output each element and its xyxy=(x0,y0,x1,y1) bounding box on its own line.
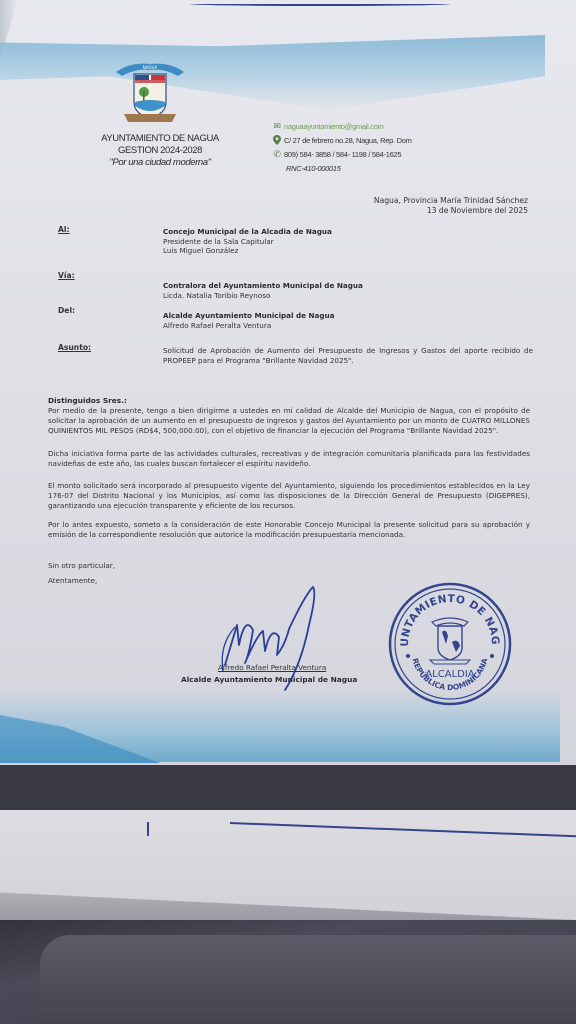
recipient-al-line-2: Presidente de la Sala Capitular xyxy=(163,237,332,247)
letter-page: NAGUA AYUNTAMIENTO DE NAGUA GESTION 2024… xyxy=(0,0,576,765)
svg-text:ALCALDIA: ALCALDIA xyxy=(425,669,474,680)
recipient-label-via: Vía: xyxy=(58,271,75,280)
org-name: AYUNTAMIENTO DE NAGUA xyxy=(60,133,260,145)
phone-icon: ✆ xyxy=(270,149,284,160)
org-term: GESTION 2024-2028 xyxy=(60,145,260,157)
recipient-via: Contralora del Ayuntamiento Municipal de… xyxy=(163,281,363,300)
letterhead-org-block: AYUNTAMIENTO DE NAGUA GESTION 2024-2028 … xyxy=(60,133,260,169)
municipal-crest-icon: NAGUA xyxy=(110,58,190,128)
recipient-al-line-1: Concejo Municipal de la Alcadia de Nagua xyxy=(163,227,332,237)
desk-surface-highlight xyxy=(40,935,576,1024)
official-seal-icon: AYUNTAMIENTO DE NAGUA REPÚBLICA DOMINICA… xyxy=(386,580,514,708)
header-wave-decoration xyxy=(0,35,545,110)
signatory-title: Alcalde Ayuntamiento Municipal de Nagua xyxy=(181,675,357,684)
letterhead-contact: ✉ naguaayuntamiento@gmail.com C/ 27 de f… xyxy=(270,119,530,175)
signatory-name: Alfredo Rafael Peralta Ventura xyxy=(218,663,326,672)
contact-phones: 809) 584- 3858 / 584- 1198 / 584-1625 xyxy=(284,150,401,159)
ink-line xyxy=(230,822,576,838)
body-paragraph-2: Dicha iniciativa forma parte de las acti… xyxy=(48,449,530,469)
body-paragraph-1: Por medio de la presente, tengo a bien d… xyxy=(48,406,530,436)
svg-text:AYUNTAMIENTO DE NAGUA: AYUNTAMIENTO DE NAGUA xyxy=(386,580,501,647)
ink-stroke-top xyxy=(190,2,450,6)
location-pin-icon xyxy=(270,135,284,145)
recipient-via-line-2: Licda. Natalia Toribio Reynoso xyxy=(163,291,363,301)
contact-rnc: RNC-410-000015 xyxy=(270,161,530,175)
subject-text: Solicitud de Aprobación de Aumento del P… xyxy=(163,346,533,366)
recipient-al: Concejo Municipal de la Alcadia de Nagua… xyxy=(163,227,332,256)
recipient-via-line-1: Contralora del Ayuntamiento Municipal de… xyxy=(163,281,363,291)
recipient-del-line-1: Alcalde Ayuntamiento Municipal de Nagua xyxy=(163,311,335,321)
closing-line-1: Sin otro particular, xyxy=(48,561,530,571)
subject-label: Asunto: xyxy=(58,343,91,352)
svg-text:NAGUA: NAGUA xyxy=(143,65,158,70)
greeting: Distinguidos Sres.: xyxy=(48,396,127,405)
recipient-del: Alcalde Ayuntamiento Municipal de Nagua … xyxy=(163,311,335,330)
recipient-label-del: Del: xyxy=(58,306,75,315)
body-paragraph-4: Por lo antes expuesto, someto a la consi… xyxy=(48,520,530,540)
letter-date: 13 de Noviembre del 2025 xyxy=(374,206,528,216)
body-paragraph-3: El monto solicitado será incorporado al … xyxy=(48,481,530,511)
letter-place: Nagua, Provincia María Trinidad Sánchez xyxy=(374,196,528,206)
ink-mark xyxy=(147,822,149,836)
contact-email[interactable]: naguaayuntamiento@gmail.com xyxy=(284,122,384,131)
recipient-al-line-3: Luis Miguel González xyxy=(163,246,332,256)
recipient-label-al: Al: xyxy=(58,225,70,234)
recipient-del-line-2: Alfredo Rafael Peralta Ventura xyxy=(163,321,335,331)
org-motto: "Por una ciudad moderna" xyxy=(60,157,260,169)
place-and-date: Nagua, Provincia María Trinidad Sánchez … xyxy=(374,196,528,216)
envelope-icon: ✉ xyxy=(270,121,284,132)
contact-address: C/ 27 de febrero no.28, Nagua, Rep. Dom xyxy=(284,136,412,145)
